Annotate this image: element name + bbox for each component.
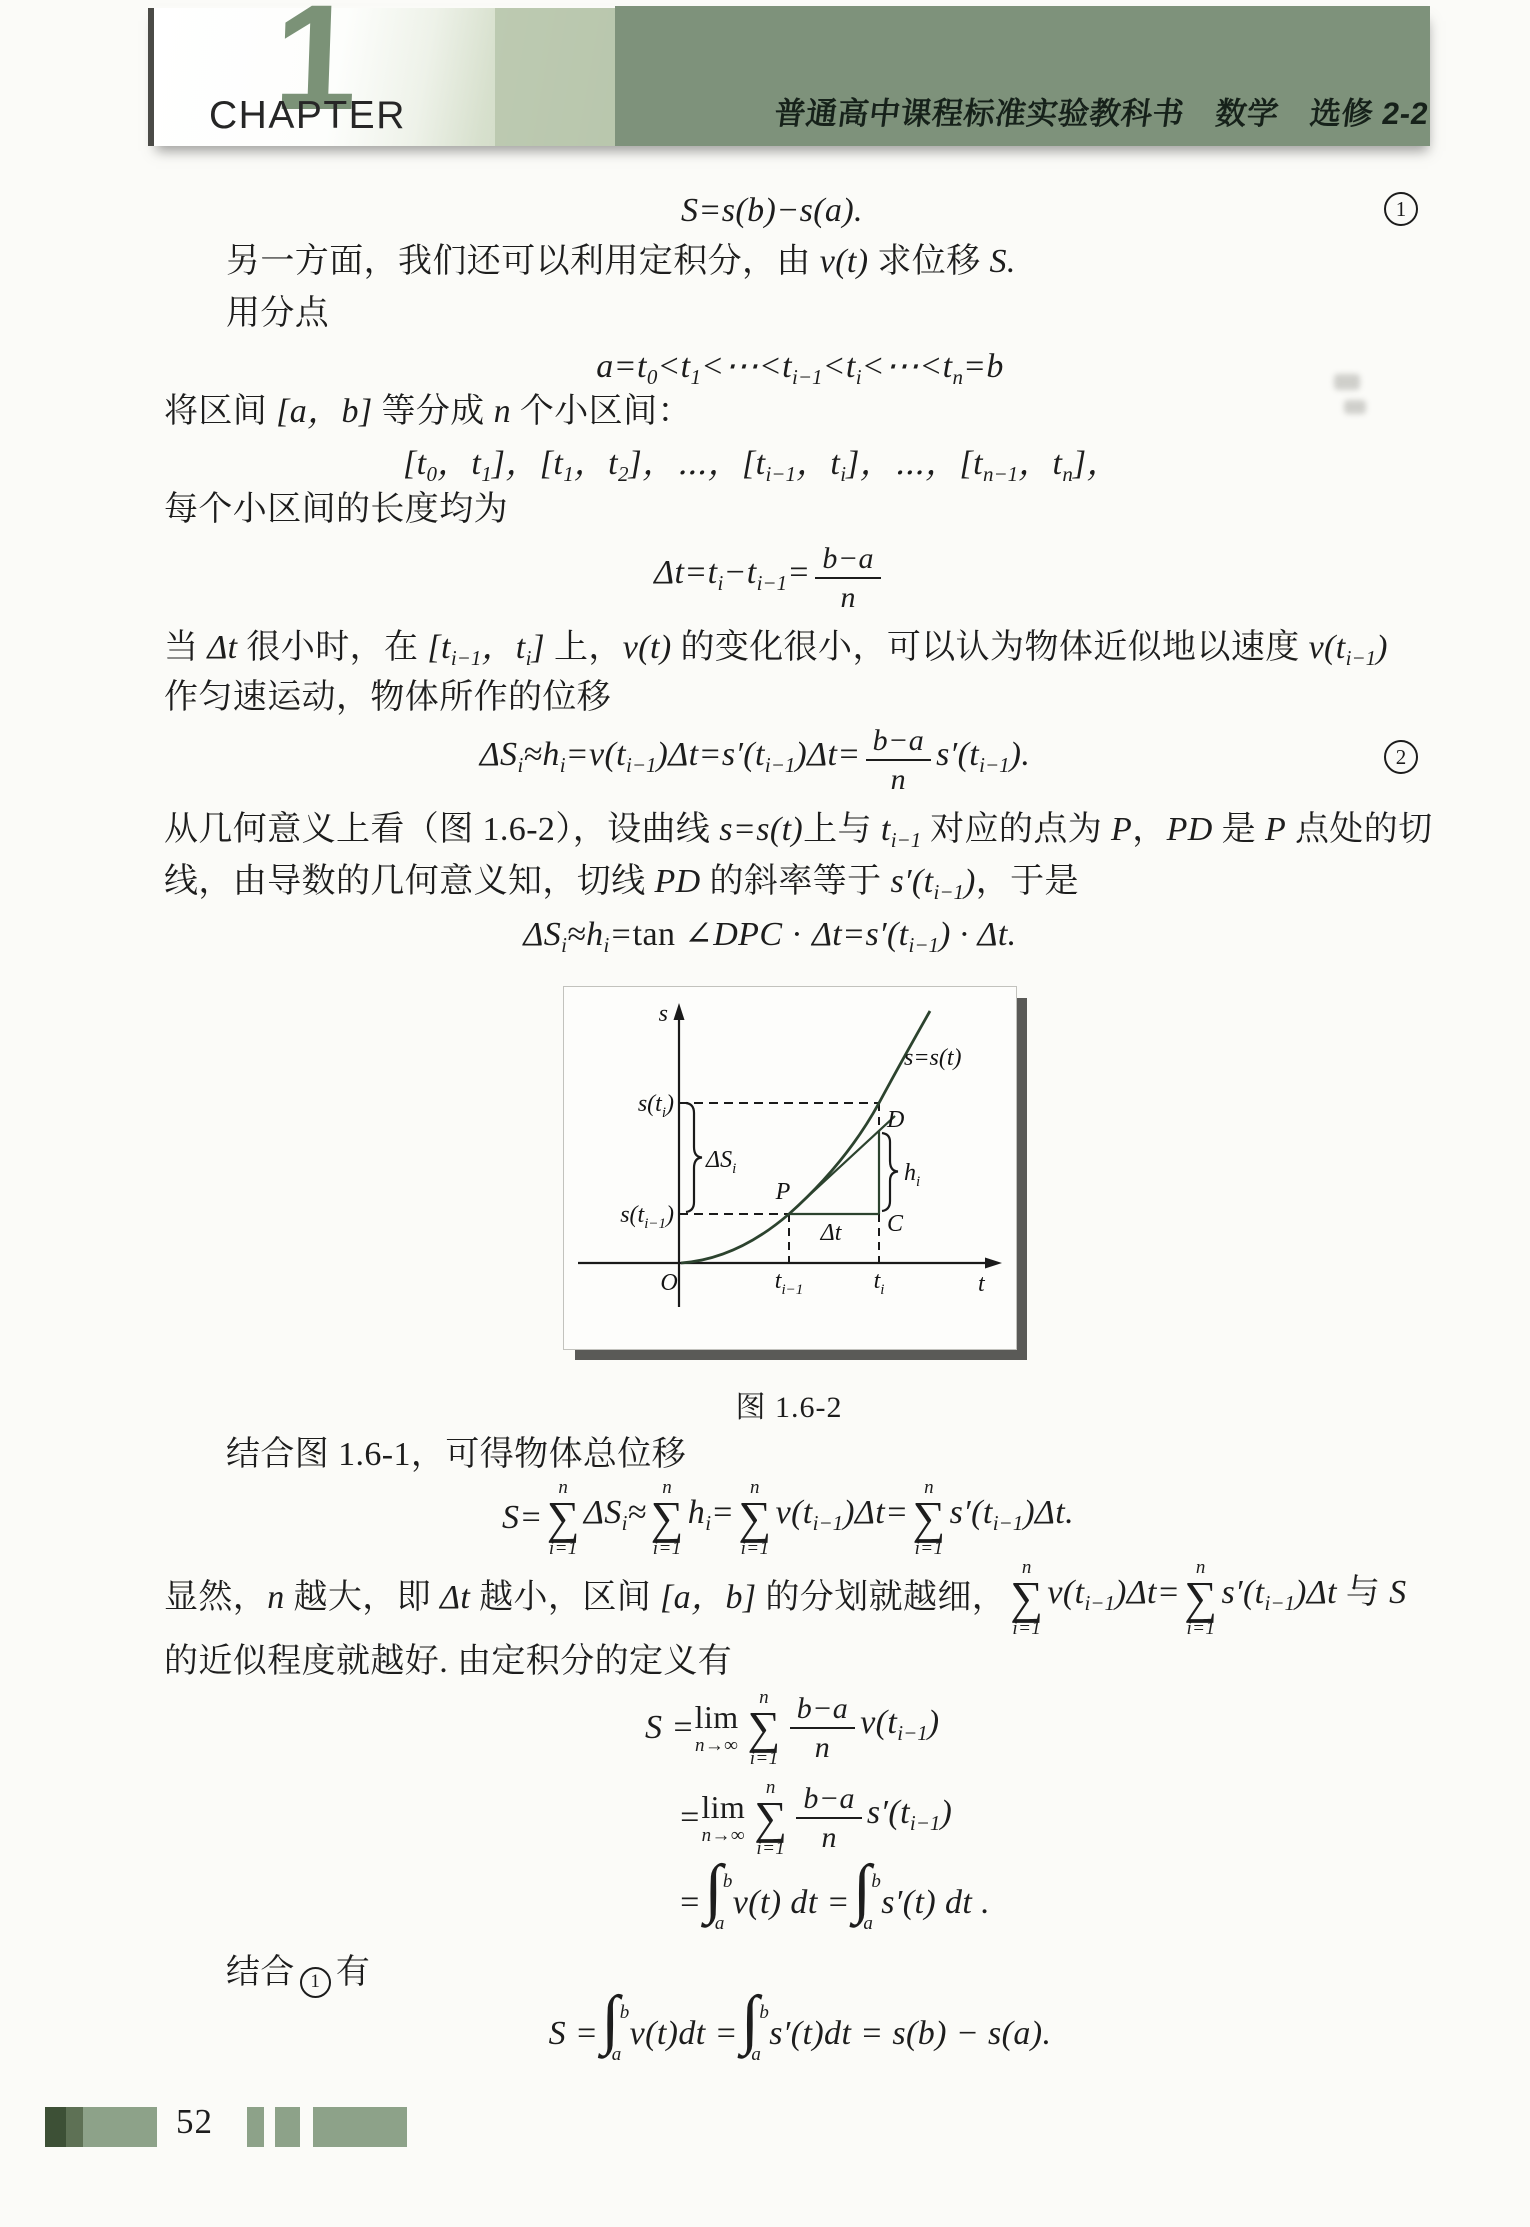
curve-label: s=s(t): [904, 1045, 962, 1071]
header-banner: 普通高中课程标准实验教科书 数学 选修 2-2: [615, 6, 1430, 146]
hi-label: hi: [904, 1160, 920, 1190]
chapter-word: CHAPTER: [209, 96, 406, 135]
delta-si-label: ΔSi: [705, 1147, 736, 1177]
figure-plot: s t O s=s(t) s(ti) s(ti−1) ΔSi hi P D C …: [564, 987, 1016, 1349]
chapter-header: 1 CHAPTER 普通高中课程标准实验教科书 数学 选修 2-2: [148, 6, 1430, 146]
integral-operator: ∫ba: [704, 1860, 729, 1946]
scan-artifact: [1344, 400, 1366, 414]
s-axis-arrow: [674, 1003, 685, 1020]
sum-operator: n∑i=1: [651, 1478, 684, 1558]
t-axis-label: t: [978, 1271, 986, 1297]
paragraph-2: 用分点: [226, 293, 1436, 335]
footer-block-sage-2: [275, 2107, 300, 2147]
fraction: b−an: [796, 1783, 861, 1854]
fraction: b−an: [790, 1693, 855, 1764]
point-p-label: P: [775, 1179, 791, 1205]
s-ti1-label: s(ti−1): [620, 1202, 674, 1232]
limit-operator: limn→∞: [701, 1791, 745, 1845]
equation-subintervals: [t0，t1]，[t1，t2]，⋯，[ti−1，ti]，⋯，[tn−1，tn]，: [126, 443, 1398, 495]
fraction: b−a n: [866, 725, 931, 796]
equation-final: S = ∫ba v(t)dt = ∫ba s′(t)dt = s(b) − s(…: [164, 2000, 1436, 2068]
equation-delta-t: Δt=ti−ti−1= b−a n: [134, 542, 1406, 614]
footer-block-mid: [66, 2107, 83, 2147]
sum-operator: n∑i=1: [912, 1478, 945, 1558]
delta-t-label: Δt: [820, 1220, 843, 1246]
integral-operator: ∫ba: [601, 1991, 626, 2077]
footer-block-dark: [45, 2107, 66, 2147]
point-c-label: C: [887, 1211, 904, 1237]
s-ti-label: s(ti): [638, 1091, 674, 1121]
sum-operator: n∑i=1: [1184, 1558, 1217, 1638]
integral-operator: ∫ba: [853, 1860, 878, 1946]
equation-total-displacement: S= n∑i=1 ΔSi≈ n∑i=1 hi= n∑i=1 v(ti−1)Δt=…: [152, 1474, 1424, 1562]
paragraph-4: 每个小区间的长度均为: [164, 489, 1436, 531]
equation-tag-2: 2: [1384, 740, 1418, 774]
fraction: b−a n: [815, 543, 880, 614]
scan-artifact: [1334, 374, 1360, 390]
sum-operator: n∑i=1: [547, 1478, 580, 1558]
paragraph-5b: 作匀速运动，物体所作的位移: [164, 677, 1436, 719]
equation-tag-1: 1: [1384, 192, 1418, 226]
point-d-label: D: [886, 1107, 904, 1133]
sum-operator: n∑i=1: [738, 1478, 771, 1558]
integral-operator: ∫ba: [741, 1991, 766, 2077]
banner-title: 普通高中课程标准实验教科书 数学 选修 2-2: [772, 88, 1431, 133]
brace-delta-si: [686, 1103, 702, 1212]
footer-block-sage-1: [247, 2107, 264, 2147]
paragraph-figure-ref: 结合图 1.6-1，可得物体总位移: [226, 1434, 1436, 1476]
paragraph-1: 另一方面，我们还可以利用定积分，由 v(t) 求位移 S.: [226, 241, 1436, 283]
page-number: 52: [176, 2102, 213, 2142]
equation-tangent: ΔSi≈hi=tan ∠DPC · Δt=s′(ti−1) · Δt.: [134, 914, 1406, 966]
paragraph-8: 的近似程度就越好. 由定积分的定义有: [164, 1641, 1436, 1683]
limit-operator: limn→∞: [695, 1701, 739, 1755]
equation-limit-line1: S = limn→∞ n∑i=1 b−an v(ti−1): [645, 1692, 1445, 1764]
paragraph-6b: 线，由导数的几何意义知，切线 PD 的斜率等于 s′(ti−1)，于是: [164, 861, 1436, 913]
s-axis-label: s: [659, 1001, 668, 1027]
brace-hi: [882, 1133, 898, 1211]
paragraph-7: 显然，n 越大，即 Δt 越小，区间 [a，b] 的分划就越细， n∑i=1 v…: [164, 1556, 1436, 1640]
figure-1-6-2: s t O s=s(t) s(ti) s(ti−1) ΔSi hi P D C …: [563, 986, 1017, 1350]
textbook-page: 1 CHAPTER 普通高中课程标准实验教科书 数学 选修 2-2 S=s(b)…: [0, 0, 1530, 2227]
footer-block-sage-large: [83, 2107, 157, 2147]
paragraph-5a: 当 Δt 很小时，在 [ti−1，ti] 上，v(t) 的变化很小，可以认为物体…: [164, 627, 1436, 679]
sum-operator: n∑i=1: [1010, 1558, 1043, 1638]
origin-label: O: [660, 1270, 677, 1296]
t-axis-arrow: [985, 1258, 1002, 1269]
chapter-pale-panel: [495, 8, 615, 146]
ti-tick-label: ti: [874, 1268, 885, 1298]
equation-2: ΔSi≈hi=v(ti−1)Δt=s′(ti−1)Δt= b−a n s′(ti…: [119, 722, 1391, 798]
sum-operator: n∑i=1: [754, 1778, 787, 1858]
sum-operator: n∑i=1: [748, 1688, 781, 1768]
paragraph-3: 将区间 [a，b] 等分成 n 个小区间：: [164, 391, 1436, 433]
chapter-left-block: 1 CHAPTER: [154, 8, 615, 146]
equation-1: S=s(b)−s(a).: [136, 190, 1408, 232]
footer-block-sage-3: [313, 2107, 407, 2147]
equation-integral-line3: = ∫ba v(t) dt = ∫ba s′(t) dt .: [678, 1870, 1478, 1936]
equation-limit-line2: = limn→∞ n∑i=1 b−an s′(ti−1): [678, 1782, 1478, 1854]
paragraph-6a: 从几何意义上看（图 1.6-2），设曲线 s=s(t)上与 ti−1 对应的点为…: [164, 809, 1436, 861]
equation-1-text: S=s(b)−s(a).: [681, 192, 863, 229]
paragraph-9: 结合1有: [226, 1952, 1436, 1998]
figure-caption: 图 1.6-2: [563, 1382, 1015, 1426]
ti1-tick-label: ti−1: [775, 1268, 803, 1298]
